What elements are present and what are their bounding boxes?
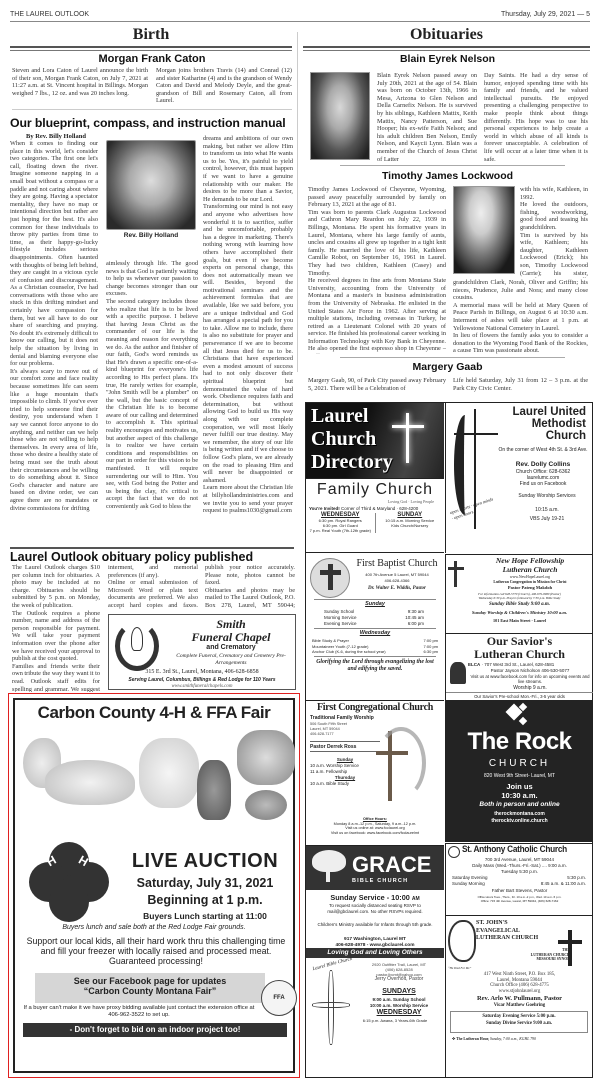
article-headline: Our blueprint, compass, and instruction … — [10, 116, 294, 130]
fair-footer: - Don't forget to bid on an indoor proje… — [23, 1023, 287, 1037]
baptist-pastor: Dr. Walter E. Widdis, Pastor — [352, 586, 442, 591]
funeral-address: 315 E. 3rd St., Laurel, Montana, 406-628… — [109, 669, 295, 675]
fair-ad: Carbon County 4-H & FFA Fair H H LIVE AU… — [8, 693, 300, 1078]
gaab-col2: Life held Saturday, July 31 from 12 – 3 … — [453, 377, 588, 392]
page-header: THE LAUREL OUTLOOK Thursday, July 29, 20… — [10, 8, 590, 22]
grace-kids: Children's Ministry available for Infant… — [314, 922, 436, 928]
cross-icon — [406, 413, 409, 463]
fb-line2: “Carbon County Montana Fair” — [35, 986, 265, 996]
rock-join: Join us — [446, 782, 593, 791]
birth-text-col1: Steven and Lora Caton of Laurel announce… — [12, 67, 148, 105]
funeral-name2: Funeral Chapel — [165, 630, 297, 645]
divider — [12, 109, 292, 110]
divider — [10, 46, 292, 51]
bible-cross-icon — [310, 558, 350, 598]
methodist-name-line: Methodist — [513, 418, 586, 430]
loving-god-banner: Loving God and Loving Others — [306, 948, 444, 958]
grace-sub: BIBLE CHURCH — [352, 878, 408, 884]
tree-icon — [312, 850, 346, 872]
policy-article: Laurel Outlook obituary policy published — [10, 547, 294, 564]
our-savior-name-line: Our Savior's — [446, 635, 593, 648]
policy-text-col2: interment, and memorial preferences (if … — [108, 564, 198, 610]
policy-col1: The Laurel Outlook charges $10 per colum… — [12, 564, 100, 692]
loving-god-pastor: Jerry Overholt, Pastor — [354, 977, 444, 982]
fair-location-note: Buyers lunch and sale both at the Red Lo… — [15, 924, 293, 931]
birth-announcement: Morgan Frank Caton Steven and Lora Caton… — [12, 53, 292, 110]
obit-headline: Timothy James Lockwood — [305, 170, 590, 182]
baptist-phone: 406-628-4366 — [352, 578, 442, 583]
article-text-col3: dreams and ambitions of our own making, … — [203, 135, 293, 515]
our-savior-name-line: Lutheran Church — [446, 648, 593, 661]
st-john-name-line: ST. JOHN'S — [476, 920, 538, 928]
lockwood-col2b: grandchildren Clark, Norah, Oliver and G… — [453, 279, 588, 355]
new-hope-wednesday: Wednesday 6:30 p.m. Prayers followed by … — [446, 596, 593, 600]
our-savior-church-ad: Our Savior's Lutheran Church ELCA · 707 … — [445, 634, 592, 700]
st-anthony-address: 700 3rd Avenue, Laurel, MT 59044 — [446, 857, 593, 862]
new-hope-web[interactable]: www.NewHopeLaurel.org — [468, 575, 592, 579]
methodist-facebook: Find us on Facebook — [496, 481, 590, 487]
new-hope-pastor: Pastor Pateng Makdoh — [468, 585, 592, 590]
divider — [340, 165, 565, 166]
fair-lunch: Buyers Lunch starting at 11:00 — [115, 911, 295, 921]
rock-church-ad: The Rock CHURCH 820 West 9th Street- Lau… — [445, 700, 592, 842]
baptist-wednesday-schedule: Bible Study & Prayer7:00 pm Mountaineer … — [312, 638, 438, 655]
loving-god-wed: 6:15 p.m. Awana, 3 Years-6th Grade — [346, 1018, 444, 1023]
rock-time: 10:30 a.m. — [446, 791, 593, 800]
farm-animals-image — [19, 730, 295, 825]
methodist-pastor: Rev. Dolly Collins — [496, 461, 590, 468]
article-col3: dreams and ambitions of our own making, … — [203, 135, 293, 543]
pig-icon — [45, 760, 135, 805]
st-john-name-line: LUTHERAN CHURCH — [476, 935, 538, 943]
st-john-name-line: EVANGELICAL — [476, 928, 538, 936]
our-savior-pastor: Pastor Jayson Nicholson 406-530-5077 — [468, 668, 592, 673]
nelson-text-col1: Blain Eyrek Nelson passed away on July 2… — [377, 72, 477, 162]
date-page: Thursday, July 29, 2021 — 5 — [501, 11, 590, 18]
policy-text-col1: The Laurel Outlook charges $10 per colum… — [12, 564, 100, 692]
methodist-worship-time: 10:15 a.m. — [512, 507, 582, 513]
flame-urn-icon — [131, 627, 143, 651]
loving-god-sundays-label: SUNDAYS — [354, 988, 444, 995]
congregational-name: First Congregational Church — [306, 702, 444, 713]
article-col1: By Rev. Billy Holland When it comes to f… — [10, 133, 98, 543]
birth-text-col2: Morgan joins brothers Travis (14) and Co… — [156, 67, 292, 105]
st-anthony-daily: Daily Mass (Wed.-Thurs.-Fri.-Sat.) .... … — [446, 863, 593, 868]
methodist-name-line: Laurel United — [513, 406, 586, 418]
loving-god-script: Laurel Bible Church — [312, 957, 353, 972]
st-anthony-pastor: Father Bart Stevens, Pastor — [446, 888, 593, 893]
rock-web1[interactable]: therockmontana.com — [446, 811, 593, 817]
new-hope-bible: Sunday Bible Study 9:00 a.m. — [446, 602, 593, 607]
birth-section-header: Birth — [10, 26, 292, 51]
fb-line1: See our Facebook page for updates — [35, 976, 265, 986]
baptist-motto: Glorifying the Lord through evangelizing… — [312, 659, 438, 673]
funeral-website: www.smithfuneralchapels.com — [109, 684, 295, 689]
baptist-address: 400 7th Avenue 5 Laurel, MT 59044 — [352, 572, 442, 577]
fair-event: LIVE AUCTION — [115, 850, 295, 873]
gaab-text-col2: Life held Saturday, July 31 from 12 – 3 … — [453, 377, 588, 392]
photo-caption: Rev. Billy Holland — [106, 232, 196, 239]
policy-headline: Laurel Outlook obituary policy published — [10, 550, 294, 564]
radio-time: Sunday, 7:00 a.m., KGHL 790 — [490, 1037, 536, 1041]
fair-date: Saturday, July 31, 2021 — [111, 876, 299, 890]
rabbit-icon — [245, 790, 287, 820]
obit-gaab: Margery Gaab — [305, 361, 590, 373]
laurel-bible-church-ad: Loving God and Loving Others Laurel Bibl… — [306, 948, 444, 1078]
st-anthony-church-ad: St. Anthony Catholic Church 700 3rd Aven… — [445, 843, 592, 915]
directory-title-block: Laurel Church Directory — [306, 403, 444, 478]
our-savior-worship: Worship 9 a.m. — [468, 685, 592, 691]
loving-god-wed-label: WEDNESDAY — [354, 1009, 444, 1016]
grace-banner: GRACE BIBLE CHURCH — [306, 846, 444, 890]
divider — [340, 357, 565, 358]
lockwood-text-col2b: grandchildren Clark, Norah, Oliver and G… — [453, 279, 588, 355]
elca-logo-icon — [450, 662, 466, 684]
congregational-church-ad: First Congregational Church Traditional … — [306, 700, 444, 845]
invite-label: You're Invited! — [309, 506, 340, 511]
rooster-icon — [197, 760, 231, 820]
new-hope-congregation: Lutheran Congregation in Mission for Chr… — [468, 580, 592, 584]
column-divider — [297, 32, 298, 372]
lambs-icon — [139, 738, 199, 808]
lockwood-text-col1: Timothy James Lockwood of Cheyenne, Wyom… — [308, 186, 446, 354]
fair-ad-inner: Carbon County 4-H & FFA Fair H H LIVE AU… — [13, 698, 295, 1073]
methodist-name-line: Church — [513, 430, 586, 442]
new-hope-name-line: Lutheran Church — [468, 566, 592, 575]
directory-title-line: Laurel — [311, 405, 393, 428]
funeral-name3: and Crematory — [169, 644, 293, 651]
directory-title-line: Church — [311, 428, 393, 451]
divider — [303, 46, 590, 51]
st-anthony-office: Office: 715 4th Avenue, Laurel, MT 59044… — [446, 899, 593, 903]
nelson-text-col2: Day Saints. He had a dry sense of humor,… — [484, 72, 588, 162]
obit-headline: Margery Gaab — [305, 361, 590, 373]
blueprint-article: Our blueprint, compass, and instruction … — [10, 116, 294, 130]
funeral-tagline: Complete Funeral, Crematory and Cemetery… — [169, 653, 293, 666]
congregational-pastor: Pastor Derrek Ross — [310, 744, 356, 750]
rock-web2[interactable]: therocktv.online.church — [446, 818, 593, 824]
st-john-vicar: Vicar Matthew Goehring — [446, 1003, 593, 1008]
flame-icon — [454, 415, 476, 515]
fair-proxy: If a buyer can't make it we have proxy b… — [19, 1005, 259, 1019]
fair-support: Support our local kids, all their hard w… — [19, 936, 293, 966]
portrait-image — [106, 140, 196, 230]
ffa-emblem-icon: FFA — [261, 980, 297, 1016]
obit-headline: Blain Eyrek Nelson — [305, 53, 590, 65]
rock-church-label: CHURCH — [446, 758, 593, 769]
grace-rsvp: To request socially distanced seating RS… — [314, 903, 436, 914]
nelson-photo — [310, 72, 370, 160]
rock-address: 820 West 9th Street- Laurel, MT — [446, 773, 593, 779]
gaab-text-col1: Margery Gaab, 90, of Park City passed aw… — [308, 377, 446, 392]
family-church-slogan: Loving God · Loving People — [306, 499, 444, 504]
article-text-col1: When it comes to finding our place in th… — [10, 140, 98, 512]
directory-title-line: Directory — [311, 451, 393, 474]
radio-label: The Lutheran Hour, — [456, 1037, 489, 1041]
lockwood-text-col2a: with his wife, Kathleen, in 1992. He lov… — [520, 186, 588, 278]
policy-col2: interment, and memorial preferences (if … — [108, 564, 198, 610]
byline: By Rev. Billy Holland — [10, 133, 98, 140]
lockwood-photo — [453, 186, 515, 274]
new-hope-address: 101 East Main Street - Laurel — [446, 618, 593, 623]
section-title-obituaries: Obituaries — [303, 26, 590, 44]
policy-col3: publish your notice accurately. Please n… — [205, 564, 295, 610]
our-savior-facebook: Visit us at www.facebook.com for info on… — [468, 674, 592, 684]
facebook-banner: See our Facebook page for updates “Carbo… — [35, 973, 265, 1003]
obit-nelson: Blain Eyrek Nelson — [305, 53, 590, 65]
congregational-subtitle: Traditional Family Worship — [310, 715, 374, 721]
methodist-location: On the corner of West 4th St. & 3rd Ave. — [496, 447, 590, 453]
lockwood-col1: Timothy James Lockwood of Cheyenne, Wyom… — [308, 186, 446, 354]
st-anthony-tuesday: Tuesday 5:30 p.m. — [446, 869, 593, 874]
new-hope-church-ad: New Hope Fellowship Lutheran Church www.… — [445, 554, 592, 634]
methodist-church-ad: Laurel United Methodist Church On the co… — [445, 403, 592, 553]
fair-title: Carbon County 4-H & FFA Fair — [15, 703, 293, 723]
methodist-worship: Sunday Worship Services — [512, 493, 582, 499]
article-text-col2: aimlessly through life. The good news is… — [106, 260, 198, 511]
st-john-pastor: Rev. Arlo W. Pullmann, Pastor — [446, 995, 593, 1002]
fair-time: Beginning at 1 p.m. — [115, 893, 295, 907]
gaab-col1: Margery Gaab, 90, of Park City passed aw… — [308, 377, 446, 392]
elca-label: ELCA — [468, 662, 480, 667]
nelson-col2: Day Saints. He had a dry sense of humor,… — [484, 72, 588, 162]
section-title-birth: Birth — [10, 26, 292, 44]
four-h-clover-icon: H H — [29, 842, 109, 922]
rock-mode: Both in person and online — [446, 801, 593, 808]
policy-text-col3: publish your notice accurately. Please n… — [205, 564, 295, 610]
grace-name: GRACE — [352, 852, 431, 878]
our-savior-address: 707 West 3rd St., Laurel, 628-4581 — [484, 662, 554, 667]
author-photo: Rev. Billy Holland — [106, 140, 196, 242]
methodist-vbs: VBS July 19-21 — [512, 516, 582, 522]
cross-icon — [454, 561, 457, 587]
paper-name: THE LAUREL OUTLOOK — [10, 11, 89, 18]
grace-service: Sunday Service - 10:00 — [330, 893, 410, 902]
baptist-name: First Baptist Church — [352, 558, 442, 569]
st-john-services-box: Saturday Evening Service 5:00 p.m. Sunda… — [450, 1011, 588, 1033]
baptist-sunday-schedule: Sunday School9:30 am Morning Service10:4… — [324, 609, 424, 626]
smith-funeral-ad: Smith Funeral Chapel and Crematory Compl… — [108, 614, 296, 690]
family-church-ad: Family Church Loving God · Loving People… — [306, 478, 444, 553]
new-hope-worship: Sunday Worship & Children's Ministry 10:… — [446, 610, 593, 615]
baptist-sunday-label: Sunday — [306, 601, 444, 607]
nelson-col1: Blain Eyrek Nelson passed away on July 2… — [377, 72, 477, 162]
birth-headline: Morgan Frank Caton — [12, 53, 292, 65]
st-john-church-ad: ST. JOHN'S EVANGELICAL LUTHERAN CHURCH T… — [445, 915, 592, 1078]
family-church-name: Family Church — [306, 481, 444, 499]
family-church-location: Corner of Third & Maryland · 628-4200 — [341, 506, 418, 511]
cow-icon — [237, 730, 295, 785]
funeral-serving: Serving Laurel, Columbus, Billings & Red… — [109, 677, 295, 683]
our-savior-preschool: Our Savior's Pre-school Mon.-Fri., 3-5 y… — [446, 692, 593, 699]
grace-address: 917 Washington, Laurel MT — [306, 937, 444, 942]
rock-name: The Rock — [446, 728, 593, 756]
lockwood-col2a: with his wife, Kathleen, in 1992. He lov… — [520, 186, 588, 278]
baptist-church-ad: First Baptist Church 400 7th Avenue 5 La… — [306, 554, 444, 700]
st-john-motto: “He Died For Me” — [448, 966, 471, 970]
st-anthony-name: St. Anthony Catholic Church — [462, 844, 582, 854]
obituaries-section-header: Obituaries — [303, 26, 590, 51]
pelican-icon — [448, 920, 476, 962]
baptist-wednesday-label: Wednesday — [306, 630, 444, 636]
obit-lockwood: Timothy James Lockwood — [305, 170, 590, 182]
article-col2: aimlessly through life. The good news is… — [106, 260, 198, 543]
